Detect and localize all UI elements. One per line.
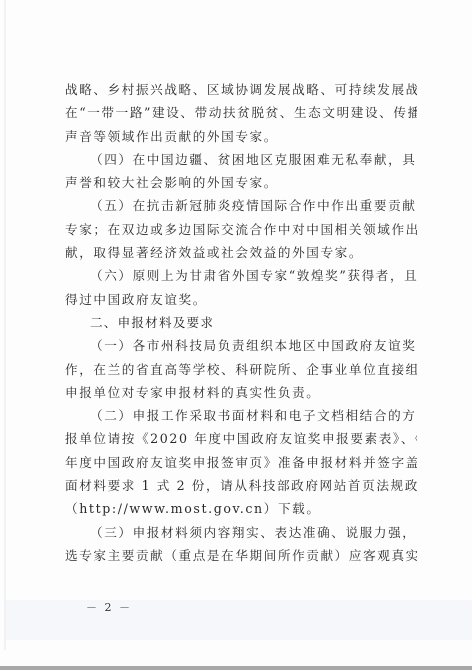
req-2-line-3: 年度中国政府友谊奖申报签审页》准备申报材料并签字盖章。书 xyxy=(65,451,417,474)
req-1-line-1: （一）各市州科技局负责组织本地区中国政府友谊奖申报工 xyxy=(65,334,417,357)
footer-shading xyxy=(6,600,472,640)
req-3-line-2: 选专家主要贡献（重点是在华期间所作贡献）应客观真实，重点 xyxy=(65,544,417,567)
body-line-1: 战略、乡村振兴战略、区域协调发展战略、可持续发展战略实施， xyxy=(65,78,417,101)
req-2-url-line: （http://www.most.gov.cn）下载。 xyxy=(65,497,417,520)
item-6-line-1: （六）原则上为甘肃省外国专家“敦煌奖”获得者，且未获 xyxy=(65,264,417,287)
item-5-line-1: （五）在抗击新冠肺炎疫情国际合作中作出重要贡献的外国 xyxy=(65,194,417,217)
page-left-edge xyxy=(4,0,6,650)
req-2-line-2: 报单位请按《2020 年度中国政府友谊奖申报要素表》、《2020 xyxy=(65,427,417,450)
page-number: － 2 － xyxy=(86,599,132,615)
body-line-3: 声音等领域作出贡献的外国专家。 xyxy=(65,125,417,148)
req-3-line-1: （三）申报材料须内容翔实、表达准确、说服力强，推荐候 xyxy=(65,521,417,544)
item-5-line-3: 献，取得显著经济效益或社会效益的外国专家。 xyxy=(65,241,417,264)
document-body: 战略、乡村振兴战略、区域协调发展战略、可持续发展战略实施， 在“一带一路”建设、… xyxy=(65,78,417,567)
document-page: 战略、乡村振兴战略、区域协调发展战略、可持续发展战略实施， 在“一带一路”建设、… xyxy=(0,0,472,666)
req-1-line-3: 申报单位对专家申报材料的真实性负责。 xyxy=(65,381,417,404)
item-4-line-1: （四）在中国边疆、贫困地区克服困难无私奉献，具有良好 xyxy=(65,148,417,171)
item-6-line-2: 得过中国政府友谊奖。 xyxy=(65,288,417,311)
req-2-line-4: 面材料要求 1 式 2 份，请从科技部政府网站首页法规政策栏目 xyxy=(65,474,417,497)
req-2-line-1: （二）申报工作采取书面材料和电子文档相结合的方式。申 xyxy=(65,404,417,427)
item-4-line-2: 声誉和较大社会影响的外国专家。 xyxy=(65,171,417,194)
section-heading-2: 二、申报材料及要求 xyxy=(65,311,417,334)
body-line-2: 在“一带一路”建设、带动扶贫脱贫、生态文明建设、传播中国 xyxy=(65,101,417,124)
item-5-line-2: 专家；在双边或多边国际交流合作中对中国相关领域作出重要贡 xyxy=(65,218,417,241)
req-1-line-2: 作，在兰的省直高等学校、科研院所、企事业单位直接组织申报。 xyxy=(65,358,417,381)
viewer-bottom-bar xyxy=(0,666,472,670)
